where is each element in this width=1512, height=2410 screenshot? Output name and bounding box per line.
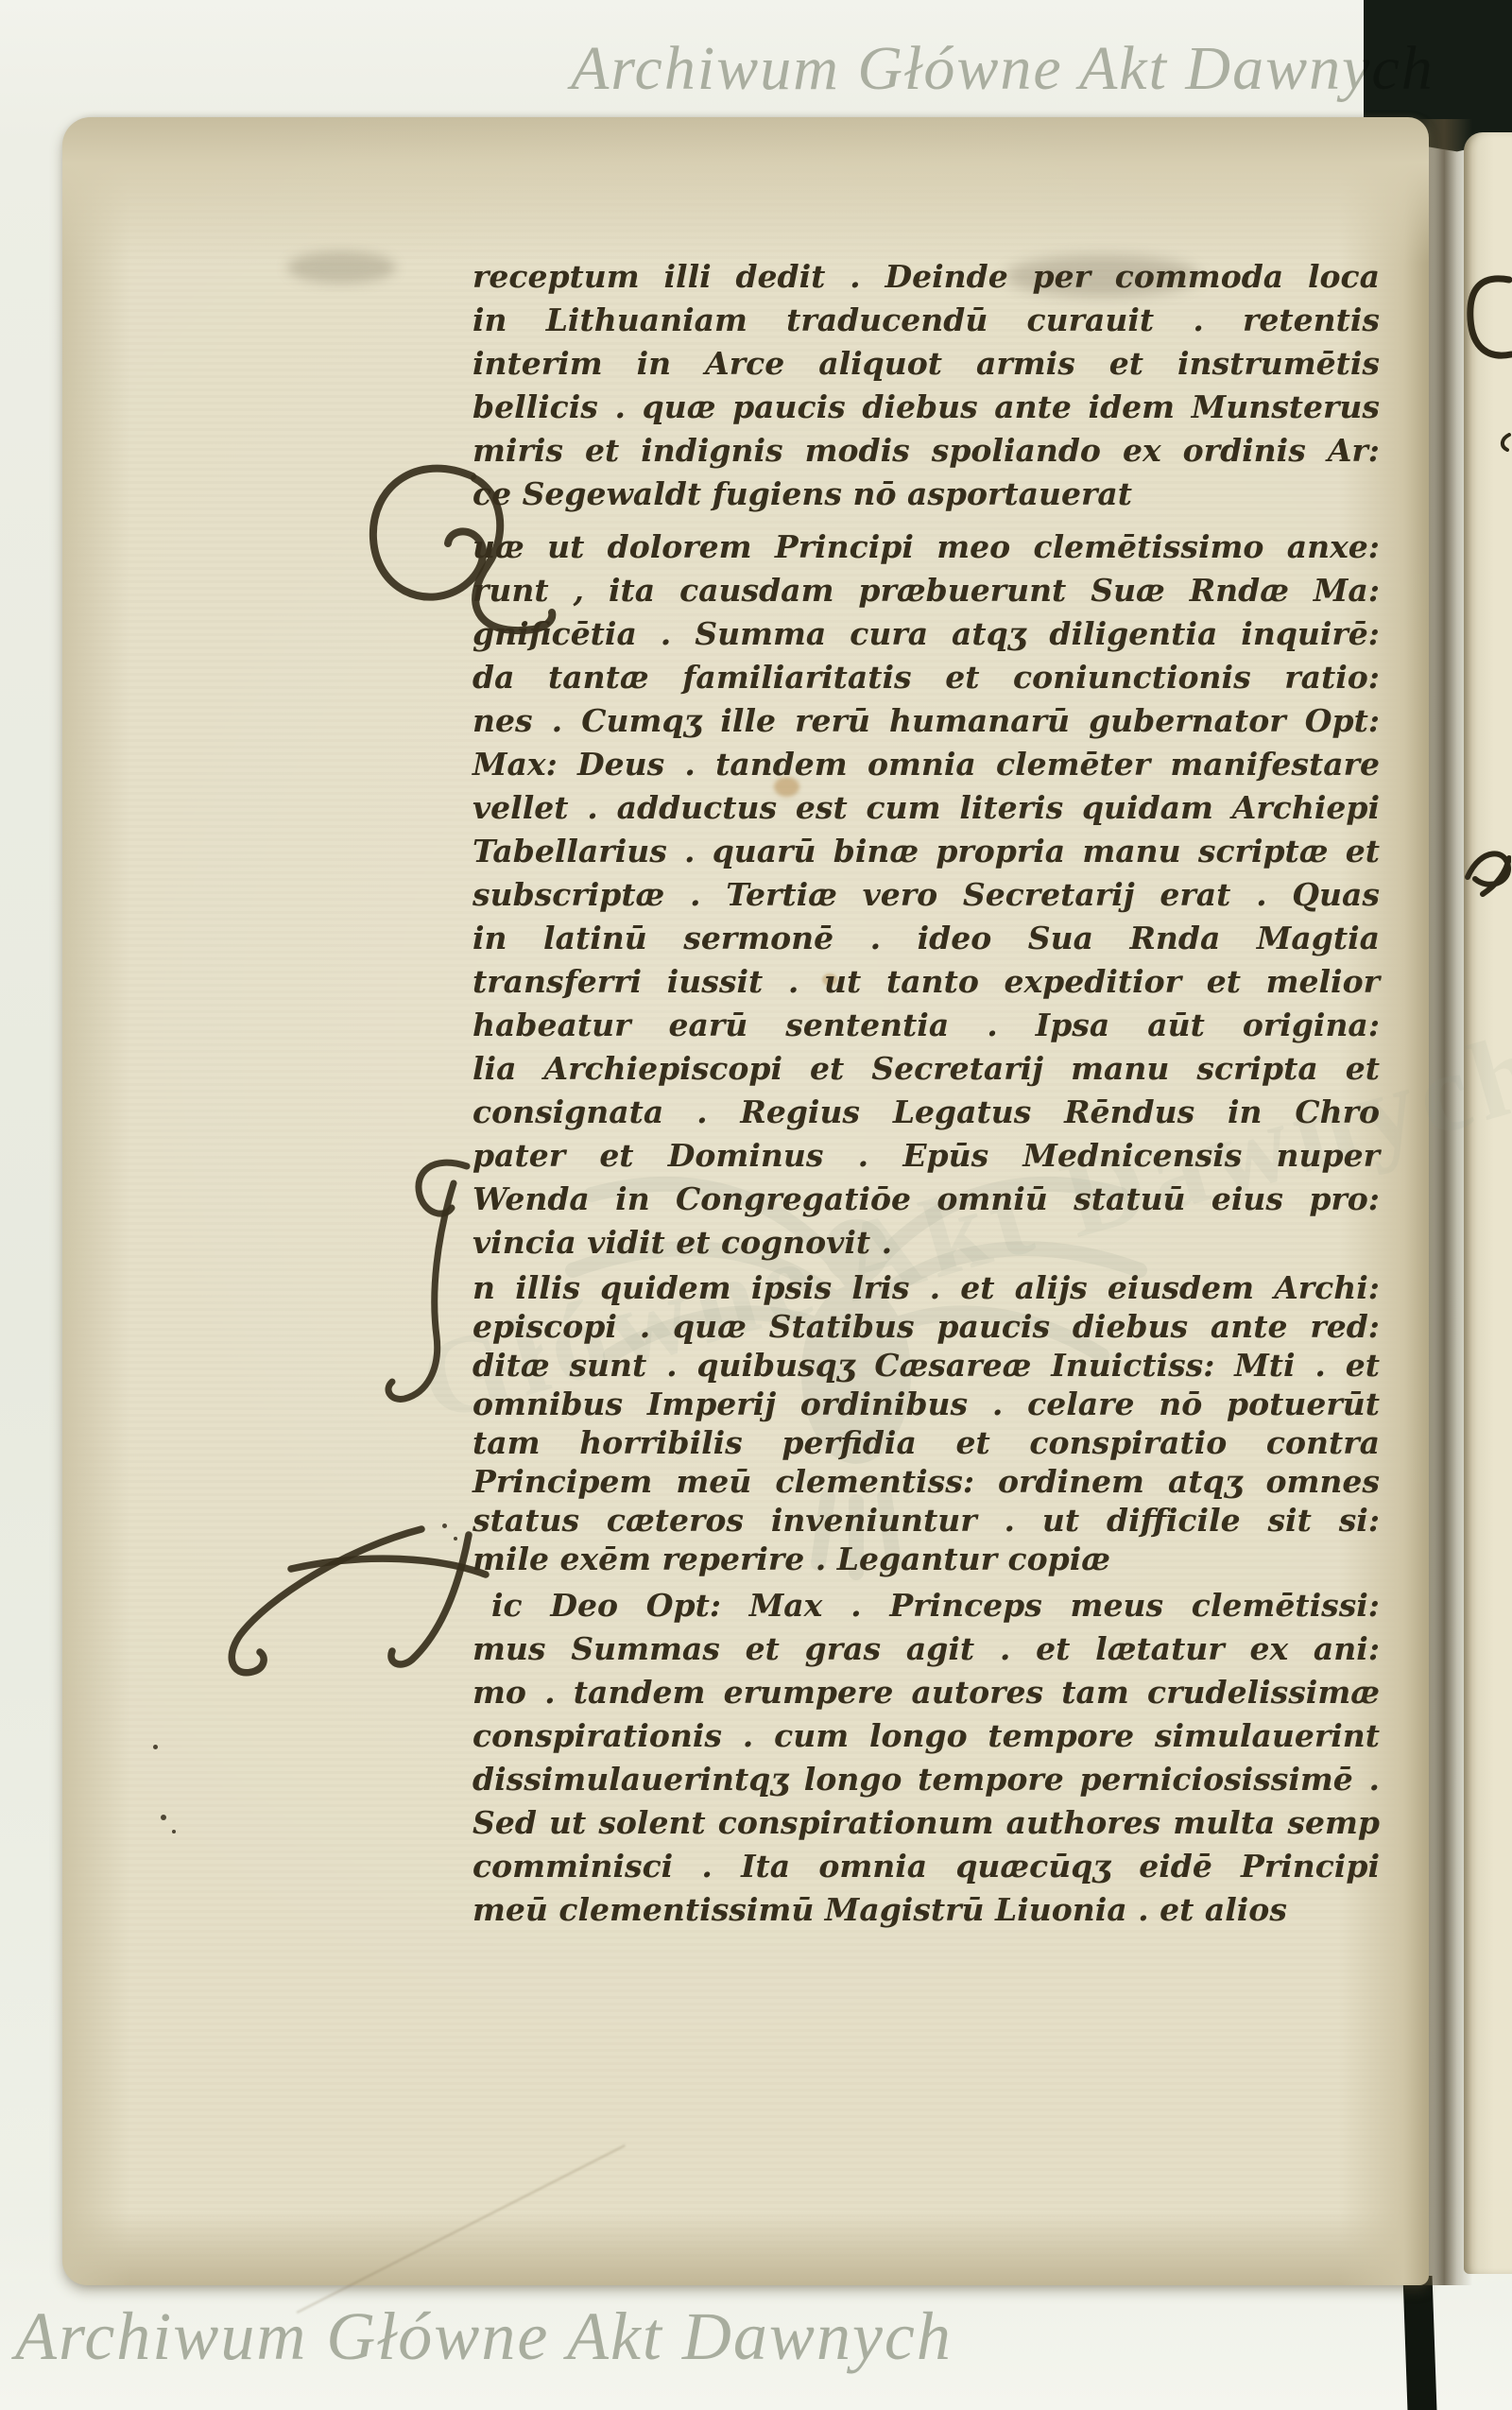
manuscript-line: nes . Cumqʒ ille rerū humanarū gubernato…: [472, 699, 1380, 743]
manuscript-line: mo . tandem erumpere autores tam crudeli…: [472, 1671, 1380, 1714]
manuscript-line: ce Segewaldt fugiens nō asportauerat: [472, 473, 1380, 516]
manuscript-line: tam horribilis perfidia et conspiratio c…: [472, 1423, 1380, 1462]
manuscript-line: Max: Deus . tandem omnia clemēter manife…: [472, 743, 1380, 786]
manuscript-line: vellet . adductus est cum literis quidam…: [472, 786, 1380, 830]
ink-smudge: [287, 251, 396, 284]
ink-speck: [161, 1815, 166, 1820]
watermark-bottom: Archiwum Główne Akt Dawnych: [15, 2302, 953, 2370]
manuscript-paragraph: n illis quidem ipsis lris . et alijs eiu…: [472, 1268, 1380, 1578]
manuscript-line: pater et Dominus . Epūs Mednicensis nupe…: [472, 1134, 1380, 1178]
manuscript-line: episcopi . quæ Statibus paucis diebus an…: [472, 1307, 1380, 1346]
manuscript-line: transferri iussit . ut tanto expeditior …: [472, 960, 1380, 1004]
manuscript-line: omnibus Imperij ordinibus . celare nō po…: [472, 1385, 1380, 1423]
manuscript-line: interim in Arce aliquot armis et instrum…: [472, 342, 1380, 386]
manuscript-line: mus Summas et gras agit . et lætatur ex …: [472, 1627, 1380, 1671]
manuscript-line: uæ ut dolorem Principi meo clemētissimo …: [472, 525, 1380, 569]
decorative-initial-Q: [357, 452, 575, 674]
manuscript-line: n illis quidem ipsis lris . et alijs eiu…: [472, 1268, 1380, 1307]
book-scan-photo: Główne Akt Dawnych receptum illi dedit .…: [0, 0, 1512, 2410]
manuscript-line: Principem meū clementiss: ordinem atqʒ o…: [472, 1462, 1380, 1501]
manuscript-line: receptum illi dedit . Deinde per commoda…: [472, 255, 1380, 299]
manuscript-line: in latinū sermonē . ideo Sua Rnda Magtia: [472, 917, 1380, 960]
ink-speck: [172, 1830, 176, 1833]
manuscript-line: lia Archiepiscopi et Secretarij manu scr…: [472, 1047, 1380, 1091]
manuscript-line: gnificētia . Summa cura atqʒ diligentia …: [472, 612, 1380, 656]
black-backing-bottom: [1403, 2276, 1437, 2410]
decorative-initial-H: [215, 1510, 499, 1695]
manuscript-line: vincia vidit et cognovit .: [472, 1221, 1380, 1265]
manuscript-line: Wenda in Congregatiōe omniū statuū eius …: [472, 1178, 1380, 1221]
manuscript-line: da tantæ familiaritatis et coniunctionis…: [472, 656, 1380, 699]
manuscript-line: miris et indignis modis spoliando ex ord…: [472, 429, 1380, 473]
ink-speck: [153, 1745, 158, 1749]
manuscript-paragraph: ic Deo Opt: Max . Princeps meus clemētis…: [472, 1584, 1380, 1932]
manuscript-line: meū clementissimū Magistrū Liuonia . et …: [472, 1888, 1380, 1932]
watermark-top: Archiwum Główne Akt Dawnych: [571, 38, 1435, 100]
decorative-initial-I: [376, 1151, 485, 1425]
manuscript-line: bellicis . quæ paucis diebus ante idem M…: [472, 386, 1380, 429]
manuscript-line: subscriptæ . Tertiæ vero Secretarij erat…: [472, 873, 1380, 917]
manuscript-paragraph: receptum illi dedit . Deinde per commoda…: [472, 255, 1380, 516]
manuscript-line: dissimulauerintqʒ longo tempore pernicio…: [472, 1758, 1380, 1801]
manuscript-line: conspirationis . cum longo tempore simul…: [472, 1714, 1380, 1758]
manuscript-line: habeatur earū sententia . Ipsa aūt origi…: [472, 1004, 1380, 1047]
manuscript-line: runt , ita causdam præbuerunt Suæ Rndæ M…: [472, 569, 1380, 612]
manuscript-line: Tabellarius . quarū binæ propria manu sc…: [472, 830, 1380, 873]
manuscript-text: receptum illi dedit . Deinde per commoda…: [472, 0, 1380, 2410]
manuscript-line: in Lithuaniam traducendū curauit . reten…: [472, 299, 1380, 342]
manuscript-line: Sed ut solent conspirationum authores mu…: [472, 1801, 1380, 1845]
manuscript-line: status cæteros inveniuntur . ut difficil…: [472, 1501, 1380, 1540]
manuscript-line: comminisci . Ita omnia quæcūqʒ eidē Prin…: [472, 1845, 1380, 1888]
facing-page-ink-fragment: [1498, 433, 1511, 452]
manuscript-line: consignata . Regius Legatus Rēndus in Ch…: [472, 1091, 1380, 1134]
manuscript-paragraph: uæ ut dolorem Principi meo clemētissimo …: [472, 525, 1380, 1265]
manuscript-line: ic Deo Opt: Max . Princeps meus clemētis…: [472, 1584, 1380, 1627]
facing-page-ink-fragment: [1466, 272, 1512, 363]
manuscript-line: ditæ sunt . quibusqʒ Cæsareæ Inuictiss: …: [472, 1346, 1380, 1385]
manuscript-line: mile exēm reperire . Legantur copiæ: [472, 1540, 1380, 1578]
